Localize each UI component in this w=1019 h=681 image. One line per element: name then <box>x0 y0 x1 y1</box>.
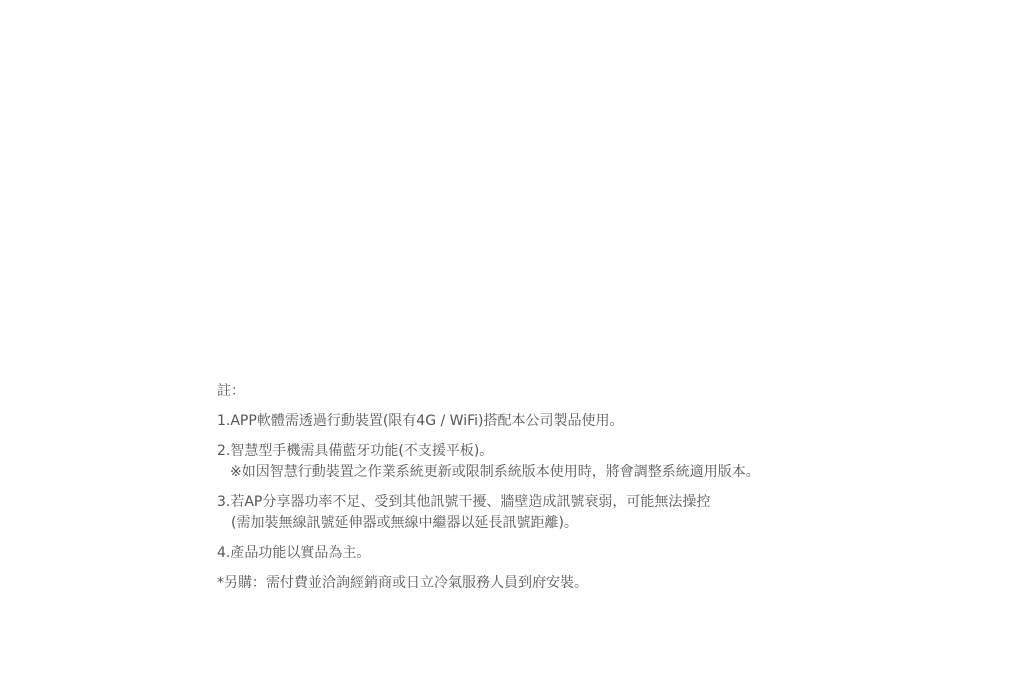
note-item-3-subnote: (需加裝無線訊號延伸器或無線中繼器以延長訊號距離)。 <box>217 513 977 534</box>
note-item-2-text: 2.智慧型手機需具備藍牙功能(不支援平板)。 <box>217 443 493 459</box>
note-item-2-subnote: ※如因智慧行動裝置之作業系統更新或限制系統版本使用時，將會調整系統適用版本。 <box>217 462 977 483</box>
note-item-4: 4.產品功能以實品為主。 <box>217 543 977 564</box>
note-item-1-text: 1.APP軟體需透過行動裝置(限有4G / WiFi)搭配本公司製品使用。 <box>217 413 623 429</box>
note-item-1: 1.APP軟體需透過行動裝置(限有4G / WiFi)搭配本公司製品使用。 <box>217 411 977 432</box>
notes-heading: 註： <box>217 381 977 402</box>
note-item-3: 3.若AP分享器功率不足、受到其他訊號干擾、牆壁造成訊號衰弱，可能無法操控 (需… <box>217 492 977 534</box>
optional-purchase-note: *另購：需付費並洽詢經銷商或日立冷氣服務人員到府安裝。 <box>217 573 977 594</box>
note-item-3-text: 3.若AP分享器功率不足、受到其他訊號干擾、牆壁造成訊號衰弱，可能無法操控 <box>217 494 710 510</box>
note-item-2: 2.智慧型手機需具備藍牙功能(不支援平板)。 ※如因智慧行動裝置之作業系統更新或… <box>217 441 977 483</box>
notes-section: 註： 1.APP軟體需透過行動裝置(限有4G / WiFi)搭配本公司製品使用。… <box>217 381 977 603</box>
note-item-4-text: 4.產品功能以實品為主。 <box>217 545 370 561</box>
